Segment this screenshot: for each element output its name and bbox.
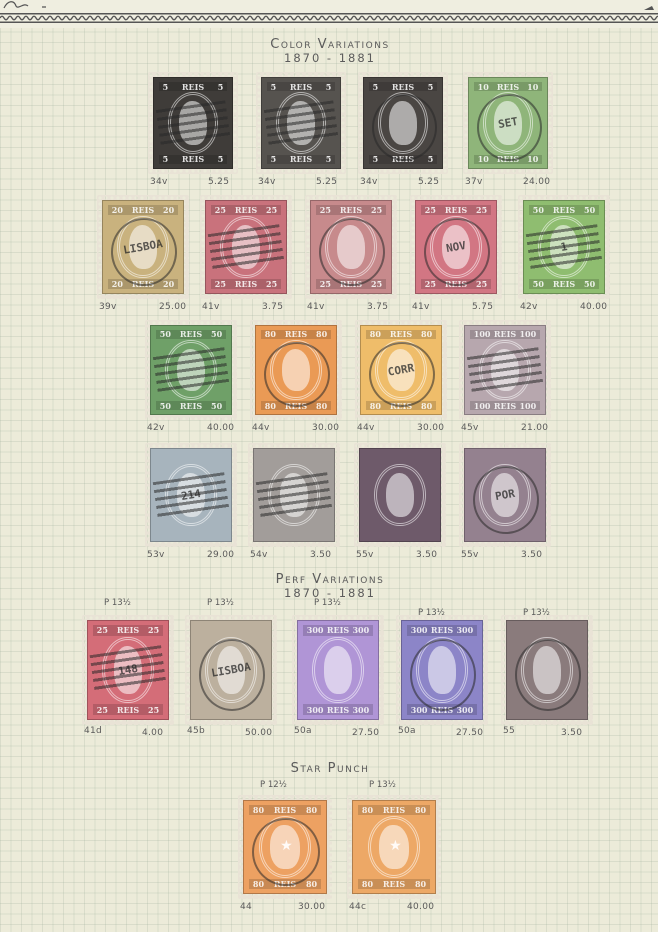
catalog-value: 5.75 (472, 302, 493, 312)
stamp-design: 80REIS8080REIS80★ (243, 800, 327, 894)
catalog-value: 3.50 (310, 550, 331, 560)
catalog-number: 44v (252, 423, 270, 433)
stamp-design: 25REIS2525REIS25148 (87, 620, 169, 720)
catalog-number: 42v (147, 423, 165, 433)
catalog-number: 55 (503, 726, 515, 736)
catalog-value: 27.50 (456, 728, 483, 738)
catalog-number: 44c (349, 902, 366, 912)
star-punch-icon: ★ (389, 838, 402, 854)
stamp-design: 5REIS55REIS5 (153, 77, 233, 169)
stamp: 80REIS8080REIS80CORR (355, 320, 447, 420)
stamp-design: 80REIS8080REIS80★ (352, 800, 436, 894)
catalog-number: 50a (398, 726, 416, 736)
stamp: 80REIS8080REIS80 (250, 320, 342, 420)
denomination-bottom: 25REIS25 (93, 704, 163, 715)
stamp (354, 443, 446, 547)
stamp (501, 615, 593, 725)
catalog-number: 41v (202, 302, 220, 312)
denomination-bottom: 5REIS5 (159, 155, 228, 165)
denomination-bottom: 5REIS5 (267, 155, 336, 165)
catalog-number: 42v (520, 302, 538, 312)
denomination-top: 300REIS300 (407, 625, 477, 636)
stamp-design: 50REIS5050REIS50 (150, 325, 232, 415)
denomination-top: 50REIS50 (529, 205, 599, 215)
stamp-design: 10REIS1010REIS10SET (468, 77, 548, 169)
postmark-circle (264, 342, 330, 408)
denomination-top: 80REIS80 (249, 805, 321, 815)
heading-star-punch: Star Punch (250, 762, 410, 776)
album-page-header (0, 0, 658, 28)
catalog-number: 37v (465, 177, 483, 187)
heading-title: Color Variations (230, 38, 430, 52)
stamp-design: 25REIS2525REIS25NOV (415, 200, 497, 294)
catalog-number: 55v (461, 550, 479, 560)
catalog-value: 27.50 (352, 728, 379, 738)
ornament-icon (642, 3, 656, 11)
catalog-number: 41d (84, 726, 102, 736)
stamp-design: 25REIS2525REIS25 (205, 200, 287, 294)
stamp-design: 50REIS5050REIS501 (523, 200, 605, 294)
catalog-value: 40.00 (407, 902, 434, 912)
catalog-number: 53v (147, 550, 165, 560)
catalog-value: 50.00 (245, 728, 272, 738)
denomination-top: 20REIS20 (108, 205, 178, 215)
stamp-design: 25REIS2525REIS25 (310, 200, 392, 294)
catalog-number: 45b (187, 726, 205, 736)
denomination-bottom: 25REIS25 (211, 279, 281, 289)
stamp: LISBOA (185, 615, 277, 725)
catalog-number: 41v (412, 302, 430, 312)
heading-title: Perf Variations (230, 573, 430, 587)
stamp: 20REIS2020REIS20LISBOA (97, 195, 189, 299)
stamp-design: 300REIS300300REIS300 (401, 620, 483, 720)
stamp-design: POR (464, 448, 546, 542)
stamp (248, 443, 340, 547)
stamp: 25REIS2525REIS25148 (82, 615, 174, 725)
catalog-value: 21.00 (521, 423, 548, 433)
stamp-design: LISBOA (190, 620, 272, 720)
stamp: 5REIS55REIS5 (148, 72, 238, 174)
postmark-bars (153, 348, 229, 393)
stamp-design: 80REIS8080REIS80 (255, 325, 337, 415)
denomination-top: 25REIS25 (421, 205, 491, 215)
stamp-design: 300REIS300300REIS300 (297, 620, 379, 720)
stamp-design (359, 448, 441, 542)
catalog-number: 34v (360, 177, 378, 187)
denomination-bottom: 50REIS50 (156, 401, 226, 411)
catalog-value: 30.00 (417, 423, 444, 433)
catalog-number: 44v (357, 423, 375, 433)
wavy-border (0, 13, 658, 23)
stamp-design: 20REIS2020REIS20LISBOA (102, 200, 184, 294)
catalog-value: 3.75 (367, 302, 388, 312)
catalog-value: 4.00 (142, 728, 163, 738)
denomination-bottom: 80REIS80 (358, 879, 430, 889)
heading-years: 1870 - 1881 (230, 52, 430, 64)
denomination-bottom: 300REIS300 (303, 704, 373, 715)
postmark-circle (410, 639, 476, 712)
stamp: 50REIS5050REIS501 (518, 195, 610, 299)
perf-measurement: P 13½ (314, 598, 341, 608)
catalog-number: 34v (258, 177, 276, 187)
stamp-design: 100REIS100100REIS100 (464, 325, 546, 415)
denomination-top: 300REIS300 (303, 625, 373, 636)
catalog-value: 30.00 (298, 902, 325, 912)
ornament-icon (2, 0, 52, 10)
catalog-value: 30.00 (312, 423, 339, 433)
catalog-value: 29.00 (207, 550, 234, 560)
denomination-top: 5REIS5 (159, 82, 228, 92)
catalog-number: 54v (250, 550, 268, 560)
postmark-bars (256, 472, 332, 518)
denomination-top: 25REIS25 (211, 205, 281, 215)
denomination-top: 80REIS80 (366, 330, 436, 340)
postmark-bars (208, 224, 284, 270)
catalog-value: 3.75 (262, 302, 283, 312)
catalog-value: 24.00 (523, 177, 550, 187)
catalog-value: 5.25 (208, 177, 229, 187)
postmark-circle (319, 218, 385, 286)
heading-perf-variations: Perf Variations 1870 - 1881 (230, 573, 430, 599)
denomination-top: 80REIS80 (358, 805, 430, 815)
stamp: 50REIS5050REIS50 (145, 320, 237, 420)
catalog-value: 3.50 (416, 550, 437, 560)
postmark-bars (264, 100, 339, 145)
heading-color-variations: Color Variations 1870 - 1881 (230, 38, 430, 64)
star-punch-icon: ★ (280, 838, 293, 854)
catalog-value: 25.00 (159, 302, 186, 312)
catalog-number: 55v (356, 550, 374, 560)
stamp-design (506, 620, 588, 720)
stamp-design: 5REIS55REIS5 (261, 77, 341, 169)
stamp: 214 (145, 443, 237, 547)
stamp: 300REIS300300REIS300 (292, 615, 384, 725)
catalog-number: 44 (240, 902, 252, 912)
denomination-top: 80REIS80 (261, 330, 331, 340)
denomination-top: 100REIS100 (470, 330, 540, 340)
heading-title: Star Punch (250, 762, 410, 776)
stamp: 80REIS8080REIS80★ (347, 795, 441, 899)
perf-measurement: P 13½ (207, 598, 234, 608)
stamp: 300REIS300300REIS300 (396, 615, 488, 725)
stamp: POR (459, 443, 551, 547)
catalog-value: 5.25 (418, 177, 439, 187)
stamp: 25REIS2525REIS25 (305, 195, 397, 299)
stamp: 5REIS55REIS5 (358, 72, 448, 174)
postmark-circle (372, 94, 437, 161)
catalog-value: 3.50 (521, 550, 542, 560)
stamp-design: 214 (150, 448, 232, 542)
catalog-number: 34v (150, 177, 168, 187)
stamp-design (253, 448, 335, 542)
stamp: 25REIS2525REIS25 (200, 195, 292, 299)
catalog-value: 40.00 (207, 423, 234, 433)
catalog-number: 39v (99, 302, 117, 312)
postmark-circle (515, 639, 581, 712)
perf-measurement: P 13½ (369, 780, 396, 790)
king-portrait-icon (324, 646, 353, 693)
denomination-bottom: 50REIS50 (529, 279, 599, 289)
stamp: 10REIS1010REIS10SET (463, 72, 553, 174)
catalog-value: 3.50 (561, 728, 582, 738)
stamp-design: 80REIS8080REIS80CORR (360, 325, 442, 415)
catalog-number: 50a (294, 726, 312, 736)
denomination-top: 5REIS5 (267, 82, 336, 92)
stamp: 100REIS100100REIS100 (459, 320, 551, 420)
stamp: 25REIS2525REIS25NOV (410, 195, 502, 299)
postmark-bars (467, 348, 543, 393)
denomination-bottom: 100REIS100 (470, 401, 540, 411)
denomination-top: 50REIS50 (156, 330, 226, 340)
king-portrait-icon (386, 473, 415, 517)
catalog-value: 5.25 (316, 177, 337, 187)
denomination-top: 25REIS25 (316, 205, 386, 215)
catalog-value: 40.00 (580, 302, 607, 312)
denomination-top: 10REIS10 (474, 82, 543, 92)
stamp-design: 5REIS55REIS5 (363, 77, 443, 169)
denomination-top: 5REIS5 (369, 82, 438, 92)
catalog-number: 41v (307, 302, 325, 312)
catalog-number: 45v (461, 423, 479, 433)
perf-measurement: P 12½ (260, 780, 287, 790)
perf-measurement: P 13½ (104, 598, 131, 608)
denomination-top: 25REIS25 (93, 625, 163, 636)
stamp: 80REIS8080REIS80★ (238, 795, 332, 899)
postmark-bars (156, 100, 231, 145)
stamp: 5REIS55REIS5 (256, 72, 346, 174)
